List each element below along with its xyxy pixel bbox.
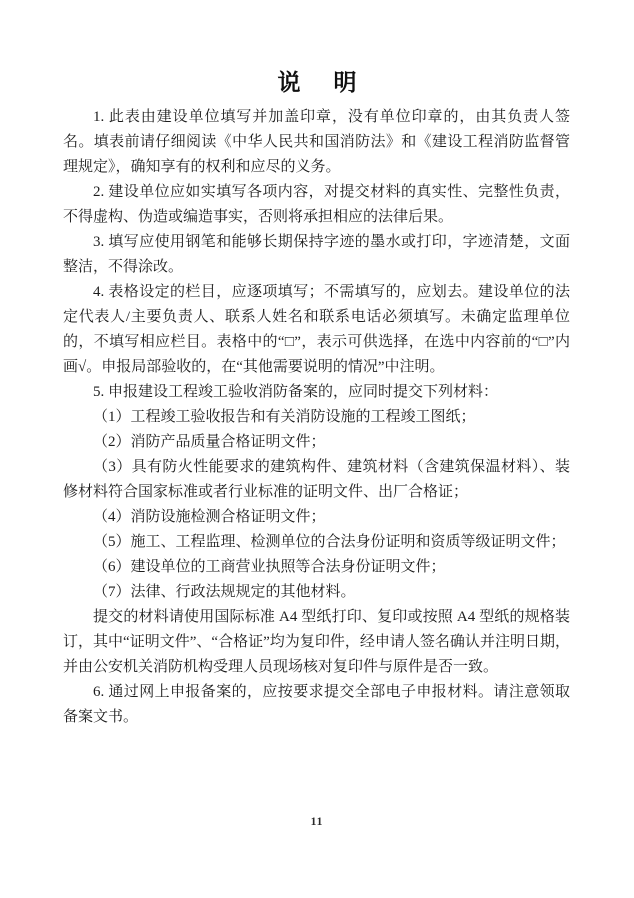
paragraph: （6）建设单位的工商营业执照等合法身份证明文件； xyxy=(63,555,570,580)
paragraph: 2. 建设单位应如实填写各项内容，对提交材料的真实性、完整性负责，不得虚构、伪造… xyxy=(63,180,570,230)
page-title: 说 明 xyxy=(0,0,634,97)
paragraph: （4）消防设施检测合格证明文件； xyxy=(63,505,570,530)
paragraph: 提交的材料请使用国际标准 A4 型纸打印、复印或按照 A4 型纸的规格装订，其中… xyxy=(63,605,570,680)
paragraph: （3）具有防火性能要求的建筑构件、建筑材料（含建筑保温材料）、装修材料符合国家标… xyxy=(63,455,570,505)
paragraph: （5）施工、工程监理、检测单位的合法身份证明和资质等级证明文件； xyxy=(63,530,570,555)
paragraph: 3. 填写应使用钢笔和能够长期保持字迹的墨水或打印，字迹清楚，文面整洁，不得涂改… xyxy=(63,230,570,280)
paragraph: 4. 表格设定的栏目，应逐项填写；不需填写的，应划去。建设单位的法定代表人/主要… xyxy=(63,280,570,380)
instructions-body: 1. 此表由建设单位填写并加盖印章，没有单位印章的，由其负责人签名。填表前请仔细… xyxy=(63,105,570,730)
paragraph: 6. 通过网上申报备案的，应按要求提交全部电子申报材料。请注意领取备案文书。 xyxy=(63,680,570,730)
paragraph: （1）工程竣工验收报告和有关消防设施的工程竣工图纸； xyxy=(63,405,570,430)
page-number: 11 xyxy=(0,816,634,828)
paragraph: 5. 申报建设工程竣工验收消防备案的，应同时提交下列材料： xyxy=(63,380,570,405)
paragraph: （7）法律、行政法规规定的其他材料。 xyxy=(63,580,570,605)
paragraph: （2）消防产品质量合格证明文件； xyxy=(63,430,570,455)
document-page: 说 明 1. 此表由建设单位填写并加盖印章，没有单位印章的，由其负责人签名。填表… xyxy=(0,0,634,898)
paragraph: 1. 此表由建设单位填写并加盖印章，没有单位印章的，由其负责人签名。填表前请仔细… xyxy=(63,105,570,180)
